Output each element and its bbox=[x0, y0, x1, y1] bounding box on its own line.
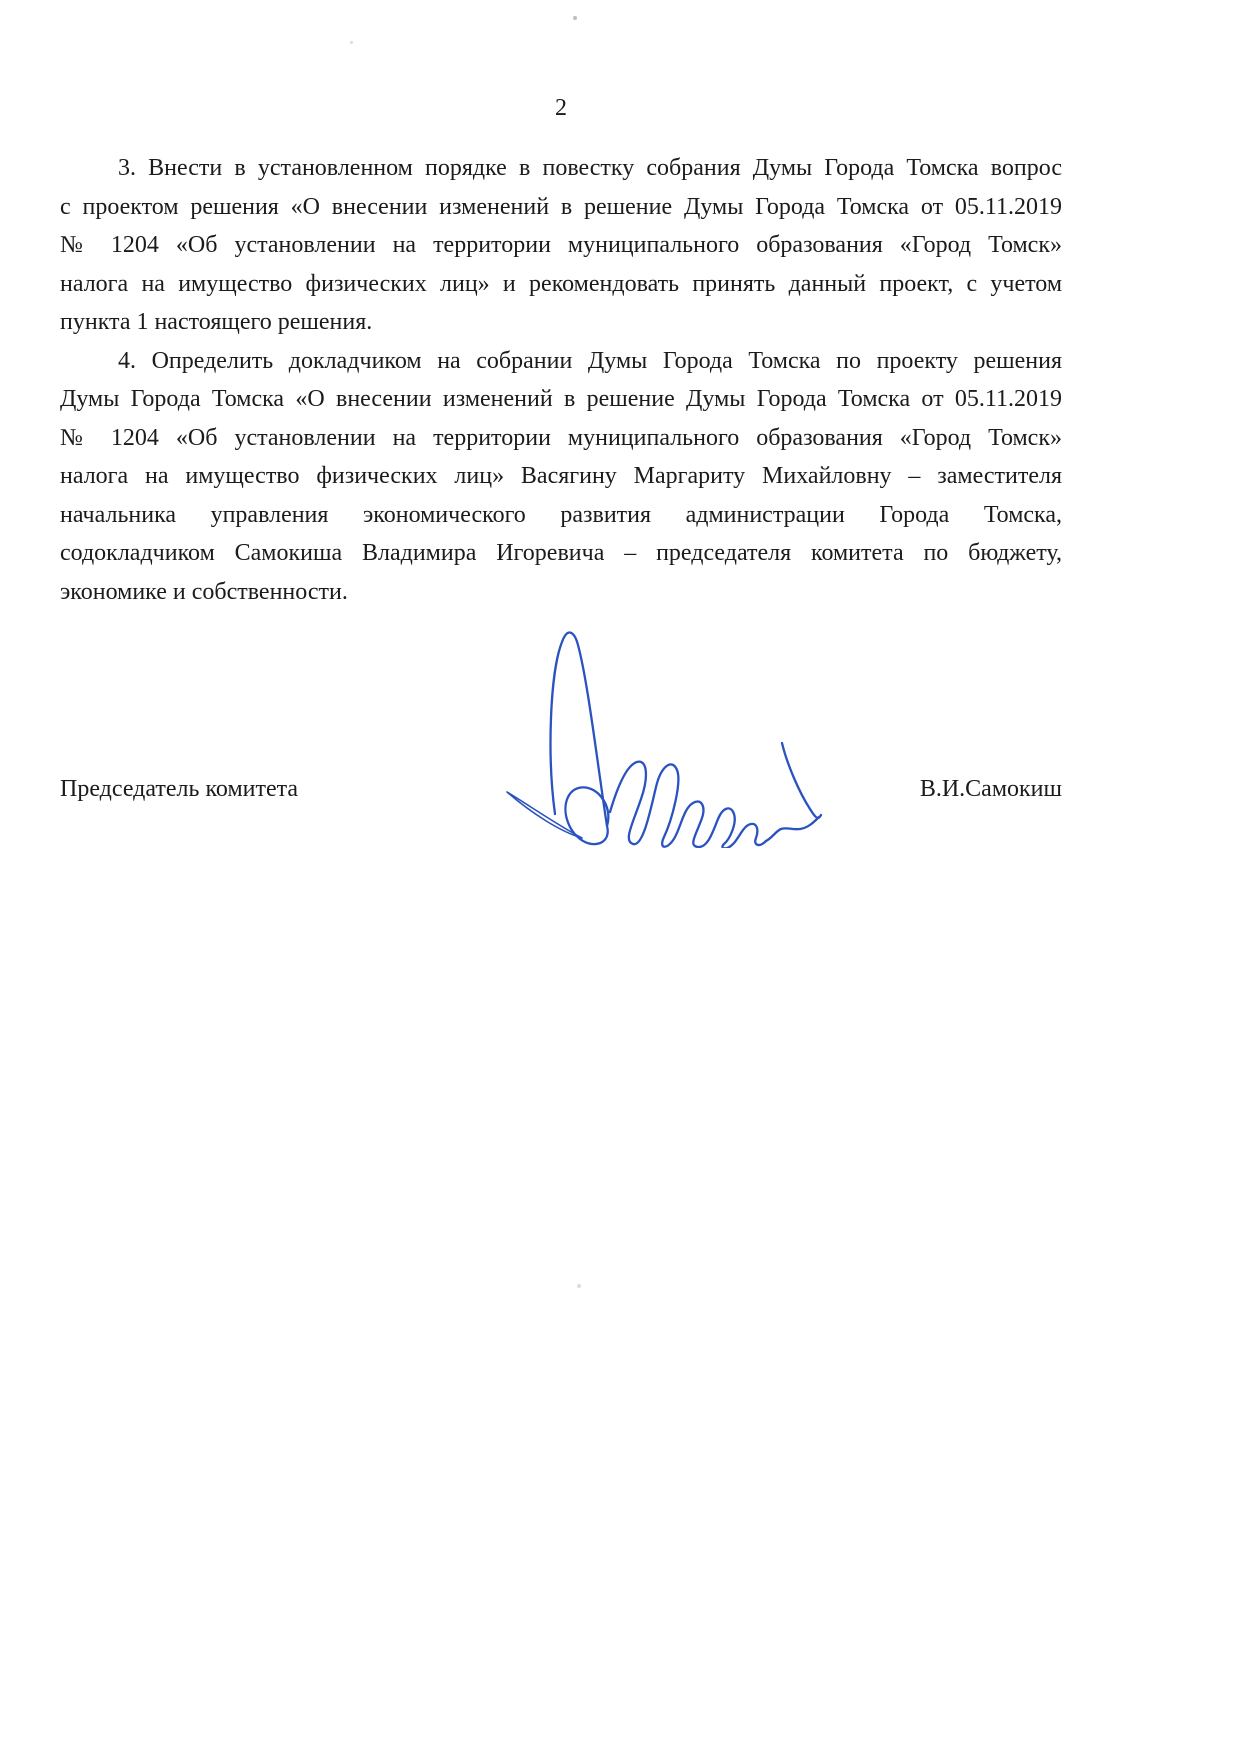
page-number: 2 bbox=[60, 96, 1062, 120]
signatory-name: В.И.Самокиш bbox=[920, 770, 1062, 809]
paragraph-4-line: 4. Определить докладчиком на собрании Ду… bbox=[60, 342, 1062, 381]
body-text: 3. Внести в установленном порядке в пове… bbox=[60, 149, 1062, 611]
signatory-title: Председатель комитета bbox=[60, 770, 298, 809]
paragraph-3-line: № 1204 «Об установлении на территории му… bbox=[60, 226, 1062, 265]
handwritten-signature bbox=[460, 598, 860, 848]
paragraph-3-line: 3. Внести в установленном порядке в пове… bbox=[60, 149, 1062, 188]
paragraph-4-line: налога на имущество физических лиц» Вася… bbox=[60, 457, 1062, 496]
scan-artifact-dot bbox=[350, 41, 353, 44]
paragraph-3-line: пункта 1 настоящего решения. bbox=[60, 303, 1062, 342]
paragraph-4-line: № 1204 «Об установлении на территории му… bbox=[60, 419, 1062, 458]
signature-block: Председатель комитета В.И.Самокиш bbox=[60, 770, 1062, 809]
paragraph-4-line: начальника управления экономического раз… bbox=[60, 496, 1062, 535]
paragraph-4-line: Думы Города Томска «О внесении изменений… bbox=[60, 380, 1062, 419]
scan-artifact-dot bbox=[577, 1284, 581, 1288]
paragraph-3-line: с проектом решения «О внесении изменений… bbox=[60, 188, 1062, 227]
scan-artifact-dot bbox=[573, 16, 577, 20]
paragraph-3-line: налога на имущество физических лиц» и ре… bbox=[60, 265, 1062, 304]
paragraph-4-line: содокладчиком Самокиша Владимира Игореви… bbox=[60, 534, 1062, 573]
